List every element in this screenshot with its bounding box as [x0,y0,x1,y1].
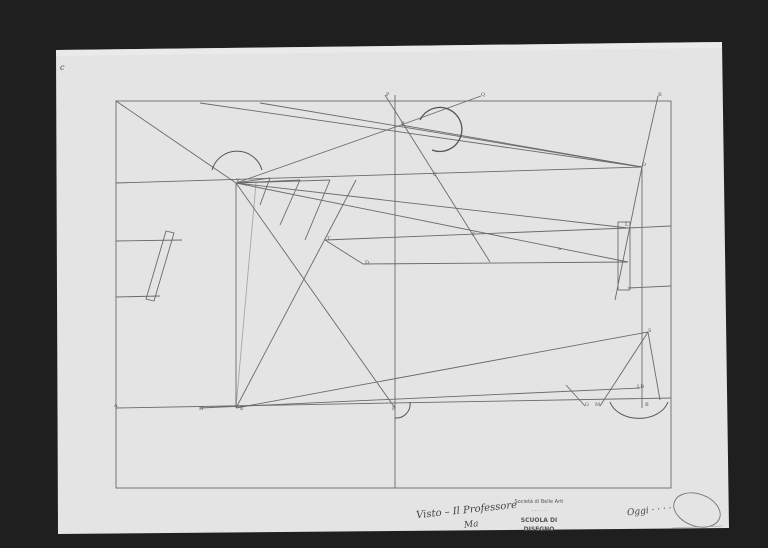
point-label: R [658,92,662,98]
stamp-line-3: SCUOLA DI DISEGNO [513,516,565,534]
point-label: V [235,178,240,184]
point-label: F [392,406,396,412]
point-label: D [365,260,369,266]
point-label: LB [637,384,644,390]
point-label: H [199,406,204,412]
corner-mark: c [60,63,64,72]
school-stamp: Società di Belle Arti · · · · · SCUOLA D… [513,498,565,534]
point-label: S [648,328,652,334]
point-label: A [113,403,118,409]
point-label: E [240,406,244,412]
stamp-line-1: Società di Belle Arti [513,498,565,507]
point-label: G [585,402,589,408]
point-label: M [595,402,600,408]
point-label: a [558,246,561,252]
point-label: Q [481,92,485,98]
professor-signature-initials: Ma [464,519,480,530]
stamp-line-2: · · · · · [513,507,565,516]
drawing-sheet: AHEFGMBLBVCDPPQRTFDaLS [0,0,768,548]
point-label: F [472,232,476,238]
point-label: D [642,162,646,168]
point-label: C [433,172,437,178]
point-label: B [645,402,649,408]
